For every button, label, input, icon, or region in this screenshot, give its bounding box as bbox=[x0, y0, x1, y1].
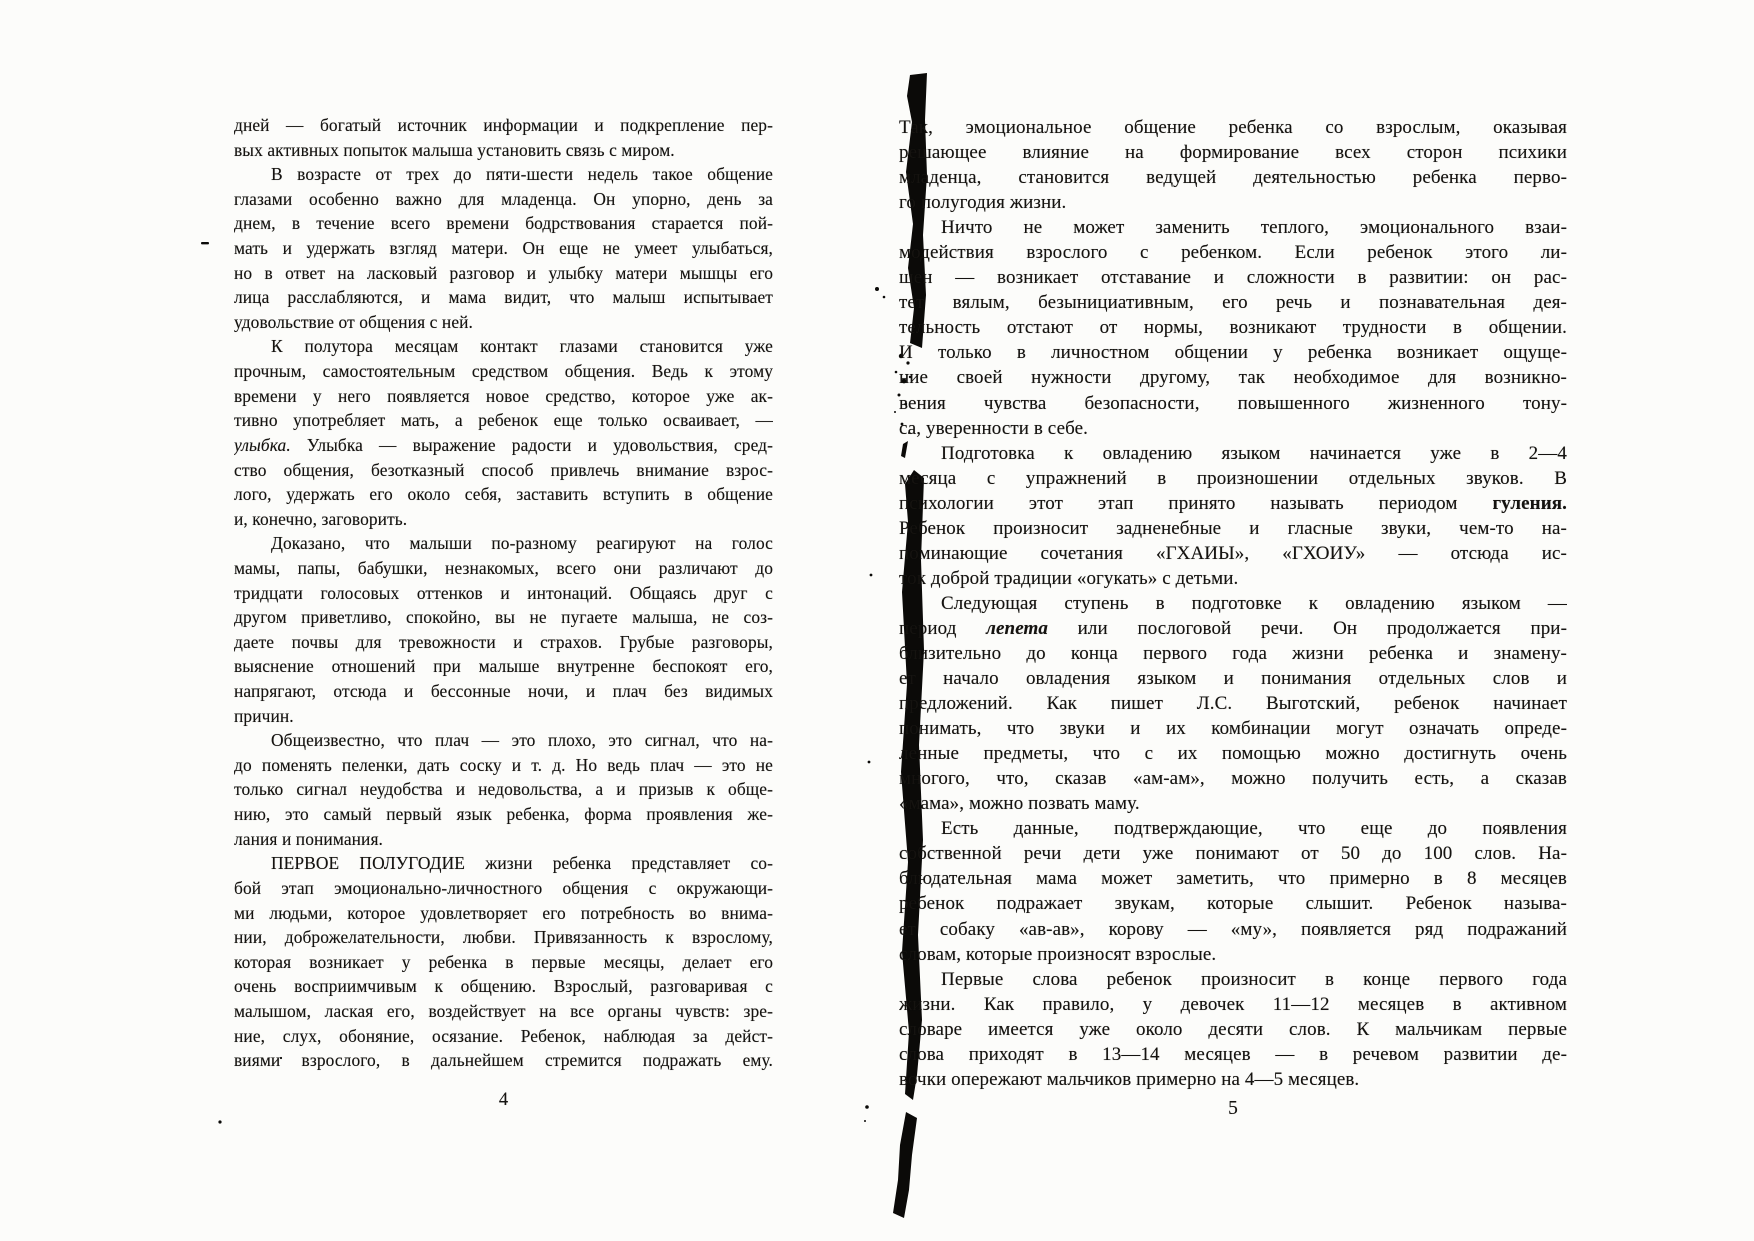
text-line: виями взрослого, в дальнейшем стремится … bbox=[234, 1048, 773, 1073]
text-line: Ничто не может заменить теплого, эмоцион… bbox=[899, 215, 1567, 240]
text-line: многого, что, сказав «ам-ам», можно полу… bbox=[899, 766, 1567, 791]
text-line: выяснение отношений при малыше внутренне… bbox=[234, 654, 773, 679]
text-line: решающее влияние на формирование всех ст… bbox=[899, 140, 1567, 165]
text-line: понимать, что звуки и их комбинации могу… bbox=[899, 716, 1567, 741]
text-line: близительно до конца первого года жизни … bbox=[899, 641, 1567, 666]
text-line: месяца с упражнений в произношении отдел… bbox=[899, 466, 1567, 491]
text-line: И только в личностном общении у ребенка … bbox=[899, 340, 1567, 365]
text-line: ство общения, безотказный способ привлеч… bbox=[234, 458, 773, 483]
page-number-right: 5 bbox=[899, 1098, 1567, 1120]
text-line: тивно употребляет мать, а ребенок еще то… bbox=[234, 408, 773, 433]
text-line: предложений. Как пишет Л.С. Выготский, р… bbox=[899, 691, 1567, 716]
text-line: Так, эмоциональное общение ребенка со вз… bbox=[899, 115, 1567, 140]
text-line: Ребенок произносит задненебные и гласные… bbox=[899, 516, 1567, 541]
text-line: собственной речи дети уже понимают от 50… bbox=[899, 841, 1567, 866]
text-line: нию, это самый первый язык ребенка, форм… bbox=[234, 802, 773, 827]
text-line: тельность отстают от нормы, возникают тр… bbox=[899, 315, 1567, 340]
text-line: лого, удержать его около себя, заставить… bbox=[234, 482, 773, 507]
text-line: Подготовка к овладению языком начинается… bbox=[899, 441, 1567, 466]
text-line: ПЕРВОЕ ПОЛУГОДИЕ жизни ребенка представл… bbox=[234, 851, 773, 876]
text-line: глазами особенно важно для младенца. Он … bbox=[234, 187, 773, 212]
text-line: жизни. Как правило, у девочек 11—12 меся… bbox=[899, 992, 1567, 1017]
text-line: удовольствие от общения с ней. bbox=[234, 310, 773, 335]
text-line: улыбка. Улыбка — выражение радости и удо… bbox=[234, 433, 773, 458]
text-line: ет начало овладения языком и понимания о… bbox=[899, 666, 1567, 691]
text-line: психологии этот этап принято называть пе… bbox=[899, 491, 1567, 516]
text-line: Есть данные, подтверждающие, что еще до … bbox=[899, 816, 1567, 841]
text-line: причин. bbox=[234, 704, 773, 729]
text-line: ленные предметы, что с их помощью можно … bbox=[899, 741, 1567, 766]
text-line: слова приходят в 13—14 месяцев — в речев… bbox=[899, 1042, 1567, 1067]
text-line: тет вялым, безынициативным, его речь и п… bbox=[899, 290, 1567, 315]
text-line: са, уверенности в себе. bbox=[899, 416, 1567, 441]
text-line: вых активных попыток малыша установить с… bbox=[234, 138, 773, 163]
page-right-text: Так, эмоциональное общение ребенка со вз… bbox=[899, 115, 1567, 1092]
text-line: времени у него появляется новое средство… bbox=[234, 384, 773, 409]
text-line: ние, слух, обоняние, осязание. Ребенок, … bbox=[234, 1024, 773, 1049]
text-line: нии, доброжелательности, любви. Привязан… bbox=[234, 925, 773, 950]
text-line: Доказано, что малыши по-разному реагирую… bbox=[234, 531, 773, 556]
text-line: днем, в течение всего времени бодрствова… bbox=[234, 211, 773, 236]
text-line: В возрасте от трех до пяти-шести недель … bbox=[234, 162, 773, 187]
text-line: младенца, становится ведущей деятельност… bbox=[899, 165, 1567, 190]
text-line: до поменять пеленки, дать соску и т. д. … bbox=[234, 753, 773, 778]
text-line: ребенок подражает звукам, которые слышит… bbox=[899, 891, 1567, 916]
text-line: очень восприимчивым к общению. Взрослый,… bbox=[234, 974, 773, 999]
text-line: бой этап эмоционально-личностного общени… bbox=[234, 876, 773, 901]
text-line: К полутора месяцам контакт глазами стано… bbox=[234, 334, 773, 359]
text-line: даете почвы для тревожности и страхов. Г… bbox=[234, 630, 773, 655]
text-line: блюдательная мама может заметить, что пр… bbox=[899, 866, 1567, 891]
text-line: ние своей нужности другому, так необходи… bbox=[899, 365, 1567, 390]
text-line: лания и понимания. bbox=[234, 827, 773, 852]
text-line: шен — возникает отставание и сложности в… bbox=[899, 265, 1567, 290]
text-line: напрягают, отсюда и бессонные ночи, и пл… bbox=[234, 679, 773, 704]
text-line: мать и удержать взгляд матери. Он еще не… bbox=[234, 236, 773, 261]
text-line: «мама», можно позвать маму. bbox=[899, 791, 1567, 816]
text-line: дней — богатый источник информации и под… bbox=[234, 113, 773, 138]
text-line: и, конечно, заговорить. bbox=[234, 507, 773, 532]
text-line: прочным, самостоятельным средством общен… bbox=[234, 359, 773, 384]
text-line: модействия взрослого с ребенком. Если ре… bbox=[899, 240, 1567, 265]
text-line: тридцати голосовых оттенков и интонаций.… bbox=[234, 581, 773, 606]
text-line: ток доброй традиции «огукать» с детьми. bbox=[899, 566, 1567, 591]
book-scan-spread: дней — богатый источник информации и под… bbox=[0, 0, 1754, 1241]
text-line: Следующая ступень в подготовке к овладен… bbox=[899, 591, 1567, 616]
text-line: но в ответ на ласковый разговор и улыбку… bbox=[234, 261, 773, 286]
text-line: лица расслабляются, и мама видит, что ма… bbox=[234, 285, 773, 310]
page-left-text: дней — богатый источник информации и под… bbox=[234, 113, 773, 1073]
text-line: Первые слова ребенок произносит в конце … bbox=[899, 967, 1567, 992]
text-line: поминающие сочетания «ГХАИЫ», «ГХОИУ» — … bbox=[899, 541, 1567, 566]
text-line: малышом, лаская его, воздействует на все… bbox=[234, 999, 773, 1024]
text-line: период лепета или послоговой речи. Он пр… bbox=[899, 616, 1567, 641]
text-line: которая возникает у ребенка в первые мес… bbox=[234, 950, 773, 975]
text-line: словам, которые произносят взрослые. bbox=[899, 942, 1567, 967]
text-line: го полугодия жизни. bbox=[899, 190, 1567, 215]
text-line: только сигнал неудобства и недовольства,… bbox=[234, 777, 773, 802]
text-line: другом приветливо, спокойно, вы не пугае… bbox=[234, 605, 773, 630]
page-number-left: 4 bbox=[234, 1090, 773, 1111]
text-line: ет собаку «ав-ав», корову — «му», появля… bbox=[899, 917, 1567, 942]
text-line: словаре имеется уже около десяти слов. К… bbox=[899, 1017, 1567, 1042]
text-line: ми людьми, которое удовлетворяет его пот… bbox=[234, 901, 773, 926]
text-line: вочки опережают мальчиков примерно на 4—… bbox=[899, 1067, 1567, 1092]
text-line: мамы, папы, бабушки, незнакомых, всего о… bbox=[234, 556, 773, 581]
text-line: Общеизвестно, что плач — это плохо, это … bbox=[234, 728, 773, 753]
text-line: вения чувства безопасности, повышенного … bbox=[899, 391, 1567, 416]
